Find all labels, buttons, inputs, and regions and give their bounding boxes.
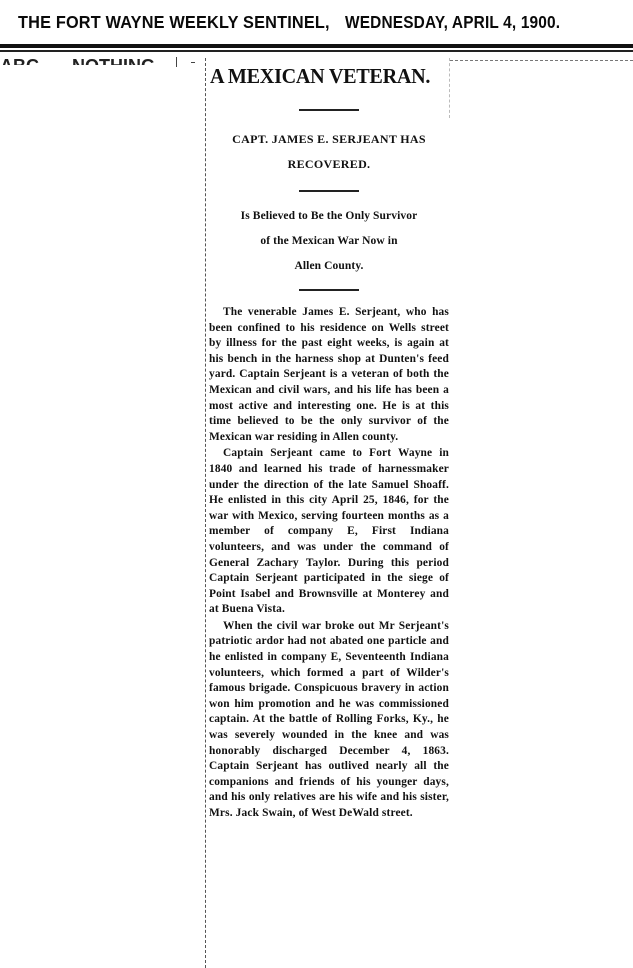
separator-dash xyxy=(299,109,359,111)
deck-line: Is Believed to Be the Only Survivor xyxy=(209,204,449,229)
column-tick xyxy=(191,62,195,63)
deck-line: CAPT. JAMES E. SERJEANT HAS xyxy=(209,127,449,152)
deck-line: RECOVERED. xyxy=(209,152,449,177)
paragraph: The venerable James E. Serjeant, who has… xyxy=(209,305,449,445)
newspaper-masthead: THE FORT WAYNE WEEKLY SENTINEL, WEDNESDA… xyxy=(0,8,633,40)
deck-line: Allen County. xyxy=(209,254,449,279)
column-tick xyxy=(176,57,177,67)
primary-deck: CAPT. JAMES E. SERJEANT HAS RECOVERED. xyxy=(209,127,449,177)
column-rule xyxy=(449,58,451,118)
masthead-rule-thick xyxy=(0,44,633,48)
separator-dash xyxy=(299,190,359,192)
cut-off-headline-word: NOTHING xyxy=(72,57,155,65)
secondary-deck: Is Believed to Be the Only Survivor of t… xyxy=(209,204,449,279)
paragraph: When the civil war broke out Mr Serjeant… xyxy=(209,619,449,822)
newspaper-name: THE FORT WAYNE WEEKLY SENTINEL, xyxy=(18,12,330,33)
adjacent-column-rule xyxy=(450,60,633,61)
cut-off-headline-word: ABC xyxy=(0,57,39,65)
adjacent-column-fragment: ABC NOTHING xyxy=(0,57,190,65)
article: A MEXICAN VETERAN. CAPT. JAMES E. SERJEA… xyxy=(209,58,449,822)
paragraph: Captain Serjeant came to Fort Wayne in 1… xyxy=(209,446,449,618)
column-rule xyxy=(205,58,207,968)
article-body: The venerable James E. Serjeant, who has… xyxy=(209,305,449,822)
deck-line: of the Mexican War Now in xyxy=(209,229,449,254)
masthead-rule-thin xyxy=(0,50,633,52)
separator-dash xyxy=(299,289,359,291)
issue-date: WEDNESDAY, APRIL 4, 1900. xyxy=(345,12,560,33)
article-headline: A MEXICAN VETERAN. xyxy=(210,64,439,89)
